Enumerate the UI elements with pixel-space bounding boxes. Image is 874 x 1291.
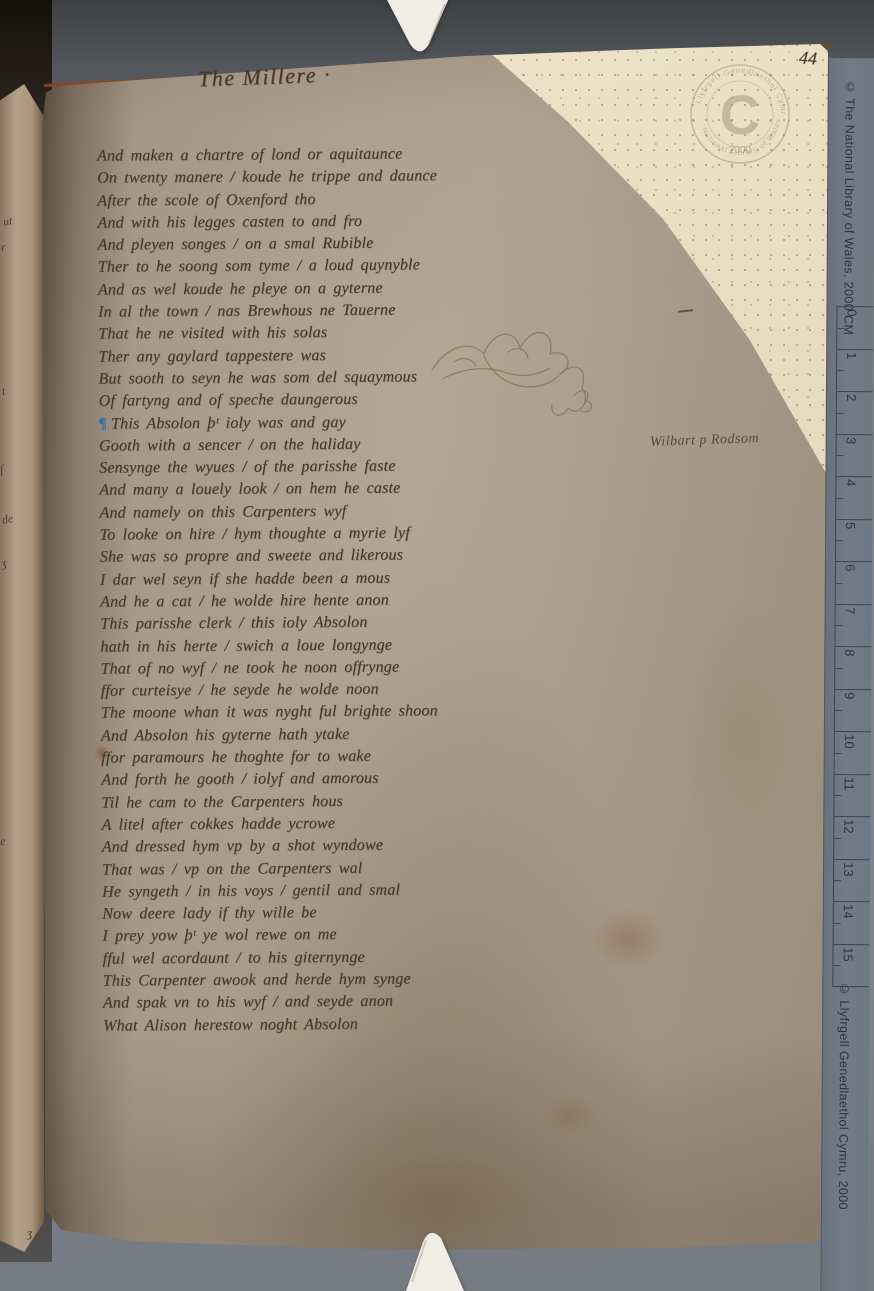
ruler-number: 11 bbox=[842, 777, 857, 791]
manuscript-photo: { "photo": { "background_color": "#7c818… bbox=[0, 0, 874, 1291]
manuscript-line: And pleyen songes / on a smal Rubible bbox=[98, 232, 568, 258]
manuscript-line: And spak vn to his wyf / and seyde anon bbox=[103, 990, 573, 1016]
manuscript-line: ffor paramours he thoghte for to wake bbox=[101, 744, 571, 770]
manuscript-line: She was so propre and sweete and likerou… bbox=[100, 544, 570, 570]
ruler-number: 5 bbox=[843, 522, 858, 529]
ruler-cell: 1 bbox=[837, 349, 873, 392]
ruler-cell: 7 bbox=[835, 604, 871, 647]
ruler-cell: 6 bbox=[836, 561, 872, 604]
manuscript-line: Now deere lady if thy wille be bbox=[102, 900, 572, 926]
manuscript-line: Til he cam to the Carpenters hous bbox=[101, 789, 571, 815]
ruler-cell: 9 bbox=[835, 689, 871, 732]
manuscript-line: hath in his herte / swich a loue longyng… bbox=[100, 633, 570, 659]
ruler-cell: 15 bbox=[833, 944, 869, 987]
manuscript-line: Sensynge the wyues / of the parisshe fas… bbox=[99, 455, 569, 481]
ruler-cell: 2 bbox=[837, 391, 873, 434]
manuscript-line: And dressed hym vp by a shot wyndowe bbox=[102, 834, 572, 860]
stain bbox=[590, 906, 668, 972]
manuscript-line: And maken a chartre of lond or aquitaunc… bbox=[97, 142, 567, 168]
ruler-number: 15 bbox=[840, 947, 855, 962]
ruler-cell: 4 bbox=[836, 476, 872, 519]
manuscript-line: And many a louely look / on hem he caste bbox=[99, 477, 569, 503]
stain bbox=[682, 604, 802, 864]
watermark-letter: C bbox=[720, 83, 760, 146]
ruler-cell: 11 bbox=[834, 774, 870, 817]
page-title: The Millere · bbox=[198, 62, 332, 93]
ruler-cell: 8 bbox=[835, 646, 871, 689]
manuscript-line: And as wel koude he pleye on a gyterne bbox=[98, 276, 568, 302]
manuscript-line: That was / vp on the Carpenters wal bbox=[102, 856, 572, 882]
ruler-number: 9 bbox=[842, 692, 857, 699]
ruler-cell: 3 bbox=[836, 434, 872, 477]
ruler-number: 2 bbox=[844, 394, 859, 401]
page-weight-top bbox=[383, 0, 455, 60]
manuscript-line: And namely on this Carpenters wyf bbox=[99, 499, 569, 525]
manuscript-line: And with his legges casten to and fro bbox=[97, 209, 567, 235]
ruler-number: 8 bbox=[842, 649, 857, 656]
manuscript-line: ffor curteisye / he seyde he wolde noon bbox=[101, 677, 571, 703]
margin-doodle bbox=[424, 312, 599, 442]
ruler-cell: 0 bbox=[837, 306, 873, 349]
manuscript-line: And Absolon his gyterne hath ytake bbox=[101, 722, 571, 748]
manuscript-line: The moone whan it was nyght ful brighte … bbox=[101, 700, 571, 726]
ruler-number: 13 bbox=[841, 862, 856, 877]
ruler-cell: 13 bbox=[834, 859, 870, 902]
manuscript-line: He syngeth / in his voys / gentil and sm… bbox=[102, 878, 572, 904]
manuscript-line: After the scole of Oxenford tho bbox=[97, 187, 567, 213]
copyright-top-label: © The National Library of Wales, 2000 CM bbox=[841, 80, 857, 335]
manuscript-line: To looke on hire / hym thoughte a myrie … bbox=[100, 521, 570, 547]
ruler-number: 6 bbox=[843, 564, 858, 571]
previous-leaf-edge bbox=[0, 84, 44, 1252]
page-weight-bottom bbox=[396, 1230, 472, 1291]
manuscript-line: A litel after cokkes hadde ycrowe bbox=[102, 811, 572, 837]
manuscript-line: I dar wel seyn if she hadde been a mous bbox=[100, 566, 570, 592]
paraph-mark: ¶ bbox=[99, 415, 107, 432]
stain bbox=[342, 1152, 542, 1238]
folio-number: 44 bbox=[798, 47, 817, 69]
manuscript-line: On twenty manere / koude he trippe and d… bbox=[97, 165, 567, 191]
manuscript-line: This Carpenter awook and herde hym synge bbox=[103, 967, 573, 993]
text-block: And maken a chartre of lond or aquitaunc… bbox=[97, 142, 573, 1037]
manuscript-line: fful wel acordaunt / to his giternynge bbox=[102, 945, 572, 971]
corner-ink-mark: ʒ bbox=[27, 1226, 32, 1241]
manuscript-line: And forth he gooth / iolyf and amorous bbox=[101, 767, 571, 793]
manuscript-line: This parisshe clerk / this ioly Absolon bbox=[100, 611, 570, 637]
manuscript-line: I prey yow þᵗ ye wol rewe on me bbox=[102, 923, 572, 949]
ruler-cell: 14 bbox=[834, 901, 870, 944]
library-watermark: C Llyfrgell Genedlaethol Cymru National … bbox=[686, 60, 794, 168]
ruler-cell: 5 bbox=[836, 519, 872, 562]
ruler-number: 4 bbox=[843, 479, 858, 486]
ruler-scale: 0 1 2 3 4 5 6 bbox=[832, 306, 873, 987]
manuscript-line: Ther to he soong som tyme / a loud quyny… bbox=[98, 254, 568, 280]
ruler-number: 14 bbox=[841, 904, 856, 919]
ruler-number: 0 bbox=[844, 309, 859, 316]
watermark-year: 2000 bbox=[729, 145, 752, 156]
stain bbox=[540, 1092, 598, 1138]
manuscript-line: And he a cat / he wolde hire hente anon bbox=[100, 588, 570, 614]
edge-fragment: de bbox=[1, 511, 15, 528]
copyright-bottom-label: © Llyfrgell Genedlaethol Cymru, 2000 bbox=[836, 982, 851, 1210]
manuscript-line: What Alison herestow noght Absolon bbox=[103, 1012, 573, 1038]
ruler-cell: 12 bbox=[834, 816, 870, 859]
ruler-cell: 10 bbox=[835, 731, 871, 774]
ruler-strip: © The National Library of Wales, 2000 CM… bbox=[820, 58, 874, 1291]
ruler-number: 12 bbox=[841, 819, 856, 834]
ruler-number: 3 bbox=[844, 437, 859, 444]
manuscript-line: That of no wyf / ne took he noon offryng… bbox=[100, 655, 570, 681]
ruler-number: 1 bbox=[844, 352, 859, 359]
ruler-number: 10 bbox=[842, 734, 857, 749]
ruler-number: 7 bbox=[843, 607, 858, 614]
